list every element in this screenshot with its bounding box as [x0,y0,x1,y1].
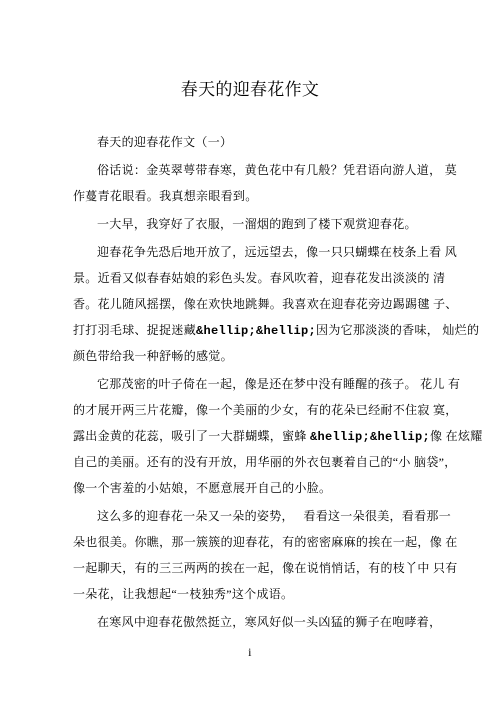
paragraph: 迎春花争先恐后地开放了，远远望去，像一只只蝴蝶在枝条上看 风景。近看又似春春姑娘… [73,239,442,369]
text-line: 香。花儿随风摇摆，像在欢快地跳舞。我喜欢在迎春花旁边踢踢毽 子、 [73,291,442,317]
text-segment: 颜色带给我一种舒畅的感觉。 [73,349,233,363]
text-line: 自己的美丽。还有的没有开放，用华丽的外衣包裹着自己的“小 脑袋”， [73,449,442,475]
text-segment: 朵也很美。你瞧，那一簇簇的迎春花，有的密密麻麻的挨在一起，像 在 [73,535,458,549]
paragraph: 这么多的迎春花一朵又一朵的姿势， 看看这一朵很美，看看那一朵也很美。你瞧，那一簇… [73,503,442,607]
paragraph: 它那茂密的叶子倚在一起，像是还在梦中没有睡醒的孩子。 花儿 有的才展开两三片花瓣… [73,371,442,501]
text-segment: 像 在炫耀 [430,429,483,443]
text-line: 迎春花争先恐后地开放了，远远望去，像一只只蝴蝶在枝条上看 风 [73,239,442,265]
text-segment: 在寒风中迎春花傲然挺立，寒风好似一头凶猛的狮子在咆哮着， [97,615,441,629]
text-segment: 香。花儿随风摇摆，像在欢快地跳舞。我喜欢在迎春花旁边踢踢毽 子、 [73,297,458,311]
text-segment: 自己的美丽。还有的没有开放，用华丽的外衣包裹着自己的“小 脑袋”， [73,455,457,469]
paragraph: 在寒风中迎春花傲然挺立，寒风好似一头凶猛的狮子在咆哮着， [73,609,442,635]
paragraph: 一大早，我穿好了衣服，一溜烟的跑到了楼下观赏迎春花。 [73,211,442,237]
text-line: 露出金黄的花蕊，吸引了一大群蝴蝶，蜜蜂 &hellip;&hellip;像 在炫… [73,423,442,449]
text-segment: 露出金黄的花蕊，吸引了一大群蝴蝶，蜜蜂 [73,429,310,443]
text-line: 这么多的迎春花一朵又一朵的姿势， 看看这一朵很美，看看那一 [73,503,442,529]
text-segment: 打打羽毛球、捉捉迷藏 [73,323,196,337]
text-segment: 这么多的迎春花一朵又一朵的姿势， 看看这一朵很美，看看那一 [97,509,451,523]
html-entity-text: &hellip;&hellip; [310,430,430,444]
text-segment: 一朵花，让我想起“一枝独秀”这个成语。 [73,587,293,601]
text-segment: 景。近看又似春春姑娘的彩色头发。春风吹着，迎春花发出淡淡的 清 [73,271,445,285]
text-line: 一大早，我穿好了衣服，一溜烟的跑到了楼下观赏迎春花。 [73,211,442,237]
text-line: 作蔓青花眼看。我真想亲眼看到。 [73,183,442,209]
text-segment: 作蔓青花眼看。我真想亲眼看到。 [73,189,258,203]
paragraph: 春天的迎春花作文（一） [73,129,442,155]
text-segment: 一大早，我穿好了衣服，一溜烟的跑到了楼下观赏迎春花。 [97,217,417,231]
text-line: 颜色带给我一种舒畅的感觉。 [73,343,442,369]
page-number: i [0,645,500,660]
text-line: 它那茂密的叶子倚在一起，像是还在梦中没有睡醒的孩子。 花儿 有 [73,371,442,397]
text-segment: 迎春花争先恐后地开放了，远远望去，像一只只蝴蝶在枝条上看 风 [97,245,457,259]
document-body: 春天的迎春花作文（一）俗话说：金英翠萼带春寒，黄色花中有几般？凭君语向游人道， … [73,129,442,635]
text-line: 一起聊天，有的三三两两的挨在一起，像在说悄悄话，有的枝丫中 只有 [73,555,442,581]
text-line: 打打羽毛球、捉捉迷藏&hellip;&hellip;因为它那淡淡的香味， 灿烂的 [73,317,442,343]
text-line: 一朵花，让我想起“一枝独秀”这个成语。 [73,581,442,607]
text-line: 像一个害羞的小姑娘，不愿意展开自己的小脸。 [73,475,442,501]
html-entity-text: &hellip;&hellip; [196,324,316,338]
text-segment: 像一个害羞的小姑娘，不愿意展开自己的小脸。 [73,481,331,495]
text-segment: 一起聊天，有的三三两两的挨在一起，像在说悄悄话，有的枝丫中 只有 [73,561,458,575]
document-page: 春天的迎春花作文 春天的迎春花作文（一）俗话说：金英翠萼带春寒，黄色花中有几般？… [0,0,500,708]
text-line: 的才展开两三片花瓣，像一个美丽的少女，有的花朵已经耐不住寂 寞， [73,397,442,423]
text-segment: 俗话说：金英翠萼带春寒，黄色花中有几般？凭君语向游人道， 莫 [97,163,457,177]
text-line: 朵也很美。你瞧，那一簇簇的迎春花，有的密密麻麻的挨在一起，像 在 [73,529,442,555]
text-line: 在寒风中迎春花傲然挺立，寒风好似一头凶猛的狮子在咆哮着， [73,609,442,635]
text-segment: 因为它那淡淡的香味， 灿烂的 [316,323,479,337]
text-line: 景。近看又似春春姑娘的彩色头发。春风吹着，迎春花发出淡淡的 清 [73,265,442,291]
text-line: 春天的迎春花作文（一） [73,129,442,155]
text-segment: 它那茂密的叶子倚在一起，像是还在梦中没有睡醒的孩子。 花儿 有 [97,377,460,391]
text-segment: 的才展开两三片花瓣，像一个美丽的少女，有的花朵已经耐不住寂 寞， [73,403,458,417]
text-line: 俗话说：金英翠萼带春寒，黄色花中有几般？凭君语向游人道， 莫 [73,157,442,183]
text-segment: 春天的迎春花作文（一） [97,135,232,149]
paragraph: 俗话说：金英翠萼带春寒，黄色花中有几般？凭君语向游人道， 莫作蔓青花眼看。我真想… [73,157,442,209]
document-title: 春天的迎春花作文 [0,0,500,100]
